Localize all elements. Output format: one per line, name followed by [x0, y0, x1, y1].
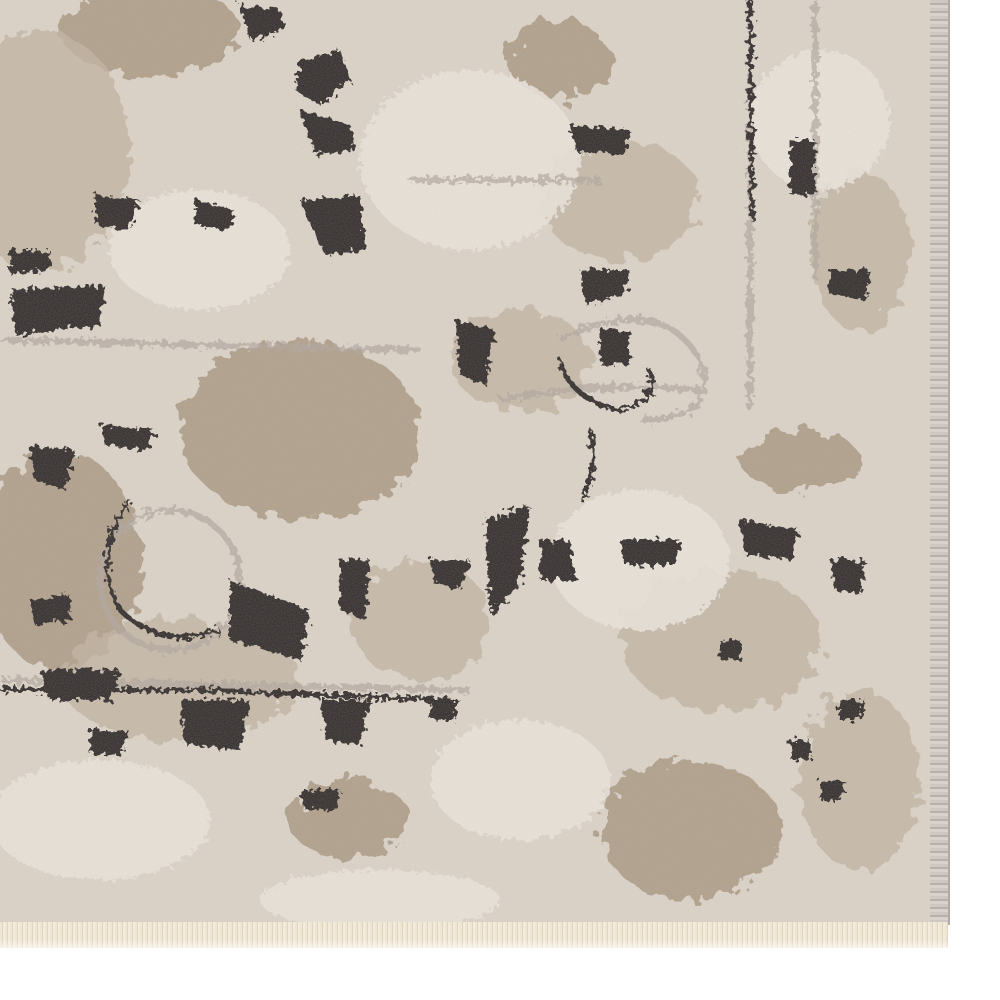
rug-side-binding	[930, 0, 950, 925]
rug-body	[0, 0, 932, 925]
product-photo	[0, 0, 1000, 1000]
rug-fringe	[0, 922, 948, 948]
rug-pattern	[0, 0, 932, 925]
